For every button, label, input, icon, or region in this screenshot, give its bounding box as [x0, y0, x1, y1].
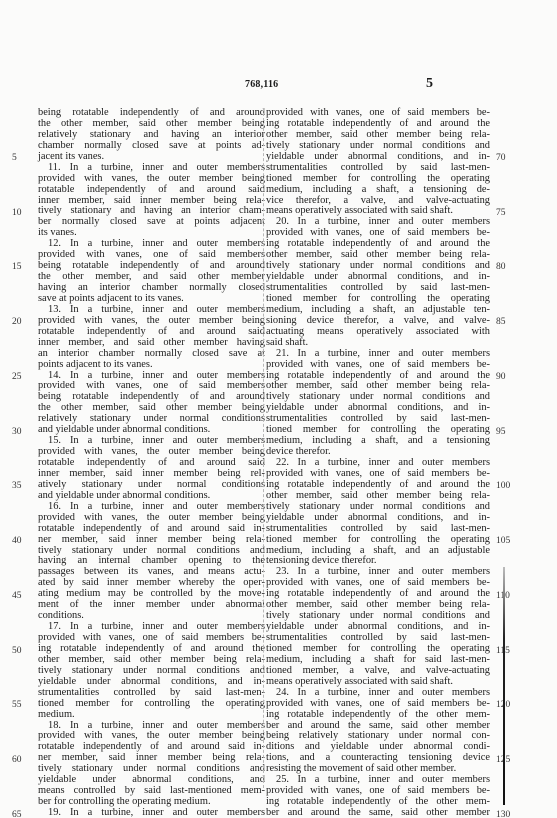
- margin-line-number: 100: [496, 481, 510, 491]
- margin-line-number: 15: [12, 262, 22, 272]
- text-line: provided with vanes, the outer member be…: [38, 513, 265, 524]
- margin-line-number: 105: [496, 536, 510, 546]
- margin-line-number: 60: [12, 755, 22, 765]
- text-line: an interior chamber normally closed save…: [38, 349, 265, 360]
- margin-line-number: 75: [496, 208, 506, 218]
- margin-line-number: 30: [12, 427, 22, 437]
- column-divider: [263, 108, 265, 788]
- margin-line-number: 40: [12, 536, 22, 546]
- text-line: provided with vanes, the outer member be…: [38, 174, 265, 185]
- margin-line-number: 80: [496, 262, 506, 272]
- margin-line-number: 10: [12, 208, 22, 218]
- margin-line-number: 70: [496, 153, 506, 163]
- text-line: tioned member for controlling the operat…: [38, 699, 265, 710]
- margin-line-number: 55: [12, 700, 22, 710]
- text-line: provided with vanes, one of said members…: [266, 360, 490, 371]
- text-line: tioned member for controlling the operat…: [266, 174, 490, 185]
- text-line: strumentalities controlled by said last-…: [38, 688, 265, 699]
- margin-line-number: 25: [12, 372, 22, 382]
- left-text-column: being rotatable independently of and aro…: [38, 108, 265, 818]
- margin-line-number: 5: [12, 153, 17, 163]
- text-line: tioned member for controlling the operat…: [266, 535, 490, 546]
- margin-line-number: 20: [12, 317, 22, 327]
- text-line: 19. In a turbine, inner and outer member…: [38, 808, 265, 818]
- text-line: yieldable under abnormal conditions, and…: [266, 513, 490, 524]
- margin-line-number: 45: [12, 591, 22, 601]
- text-line: inner member, and said other member havi…: [38, 338, 265, 349]
- margin-line-number: 65: [12, 810, 22, 818]
- page-number: 5: [426, 76, 433, 92]
- margin-line-number: 130: [496, 810, 510, 818]
- text-line: medium, including a shaft, a tensioning …: [266, 185, 490, 196]
- margin-line-number: 95: [496, 427, 506, 437]
- text-line: said shaft.: [266, 338, 490, 349]
- margin-line-number: 90: [496, 372, 506, 382]
- text-line: ing rotatable independently of the other…: [266, 710, 490, 721]
- text-line: strumentalities controlled by said last-…: [266, 163, 490, 174]
- text-line: rotatable independently of and around sa…: [38, 185, 265, 196]
- margin-line-number: 35: [12, 481, 22, 491]
- text-line: ber and around the same, said other memb…: [266, 808, 490, 818]
- right-text-column: provided with vanes, one of said members…: [266, 108, 490, 818]
- margin-line-number: 50: [12, 646, 22, 656]
- patent-number: 768,116: [245, 79, 278, 90]
- text-line: rotatable independently of and around sa…: [38, 524, 265, 535]
- margin-line-number: 85: [496, 317, 506, 327]
- text-line: medium.: [38, 710, 265, 721]
- scan-edge-mark: [503, 567, 505, 805]
- text-line: 21. In a turbine, inner and outer member…: [266, 349, 490, 360]
- text-line: points adjacent to its vanes.: [38, 360, 265, 371]
- text-line: 11. In a turbine, inner and outer member…: [38, 163, 265, 174]
- text-line: 24. In a turbine, inner and outer member…: [266, 688, 490, 699]
- text-line: provided with vanes, one of said members…: [266, 699, 490, 710]
- text-line: strumentalities controlled by said last-…: [266, 524, 490, 535]
- text-line: ner member, said inner member being rela…: [38, 535, 265, 546]
